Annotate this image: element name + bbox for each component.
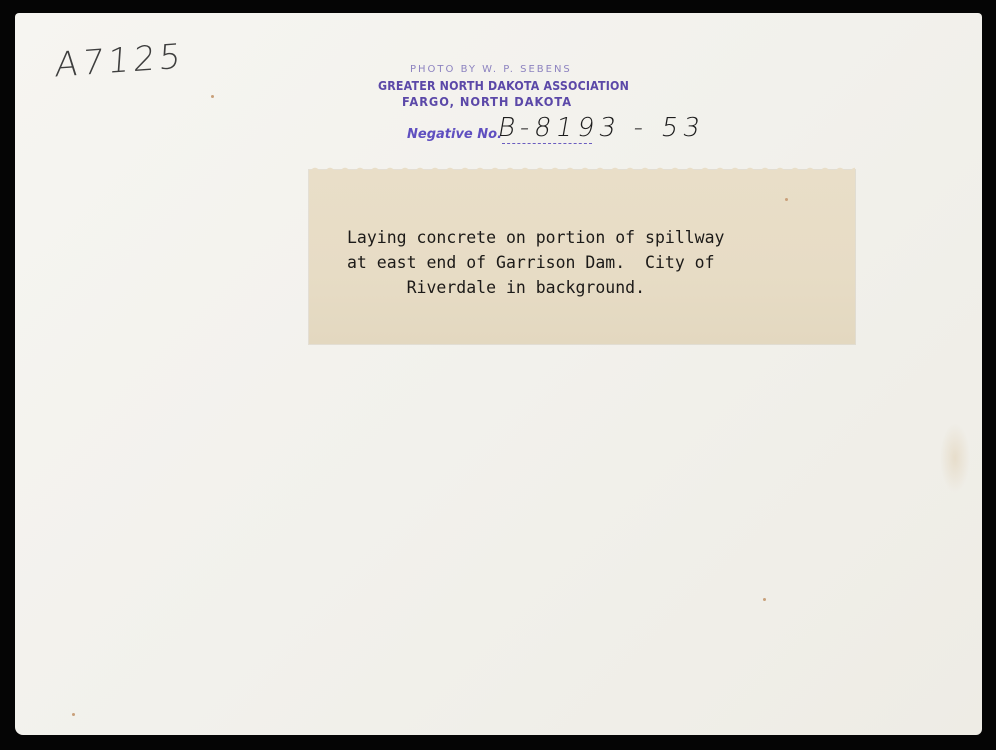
stamp-organization: GREATER NORTH DAKOTA ASSOCIATION — [378, 79, 629, 93]
negative-number-underline — [502, 143, 592, 144]
stamp-location: FARGO, NORTH DAKOTA — [402, 95, 572, 109]
caption-line-1: Laying concrete on portion of spillway — [347, 228, 725, 247]
caption-line-2: at east end of Garrison Dam. City of — [347, 253, 715, 272]
water-stain — [940, 423, 970, 493]
handwritten-catalog-number: A7125 — [54, 36, 186, 85]
caption-line-3: Riverdale in background. — [347, 278, 645, 297]
speck — [72, 713, 75, 716]
negative-number-label: Negative No. — [407, 127, 502, 142]
photo-back-card: A7125 PHOTO BY W. P. SEBENS GREATER NORT… — [15, 13, 982, 735]
caption-text: Laying concrete on portion of spillway a… — [347, 225, 827, 300]
speck — [211, 95, 214, 98]
caption-label-slip: Laying concrete on portion of spillway a… — [309, 170, 855, 344]
stamp-photographer: PHOTO BY W. P. SEBENS — [410, 64, 572, 75]
negative-number-value: B-8193 - 53 — [495, 113, 707, 143]
speck — [785, 198, 788, 201]
speck — [763, 598, 766, 601]
